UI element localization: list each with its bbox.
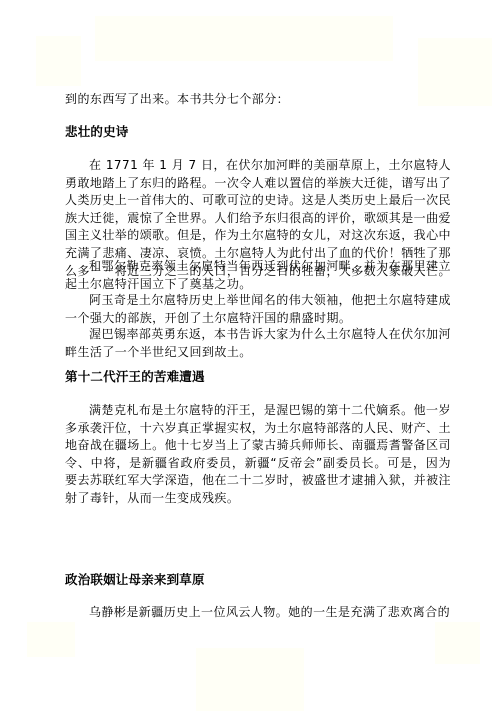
section-heading: 政治联姻让母亲来到草原 [65,571,205,588]
paragraph: 渥巴锡率部英勇东返，本书告诉大家为什么土尔扈特人在伏尔加河畔生活了一个半世纪又回… [65,326,451,361]
paragraph: 乌静彬是新疆历史上一位风云人物。她的一生是充满了悲欢离合的 [65,604,451,622]
section-heading: 悲壮的史诗 [65,123,129,140]
background-block [36,36,81,86]
paragraph: 阿玉奇是土尔扈特历史上举世闻名的伟大领袖，他把土尔扈特建成一个强大的部族，开创了… [65,292,451,327]
paragraph: 满楚克札布是土尔扈特的汗王，是渥巴锡的第十二代嫡系。他一岁多承袭汗位，十六岁真正… [65,402,451,508]
background-block [27,622,75,657]
background-block [196,648,304,711]
background-block [95,16,393,61]
section-heading: 第十二代汗王的苦难遭遇 [65,368,205,385]
background-block [435,622,480,664]
paragraph: 和鄂尔勒克率领土尔扈特当年西迁到伏尔加河畔，并为在那里建立起土尔扈特汗国立下了奠… [65,258,451,293]
intro-line: 到的东西写了出来。本书共分七个部分： [65,91,451,109]
